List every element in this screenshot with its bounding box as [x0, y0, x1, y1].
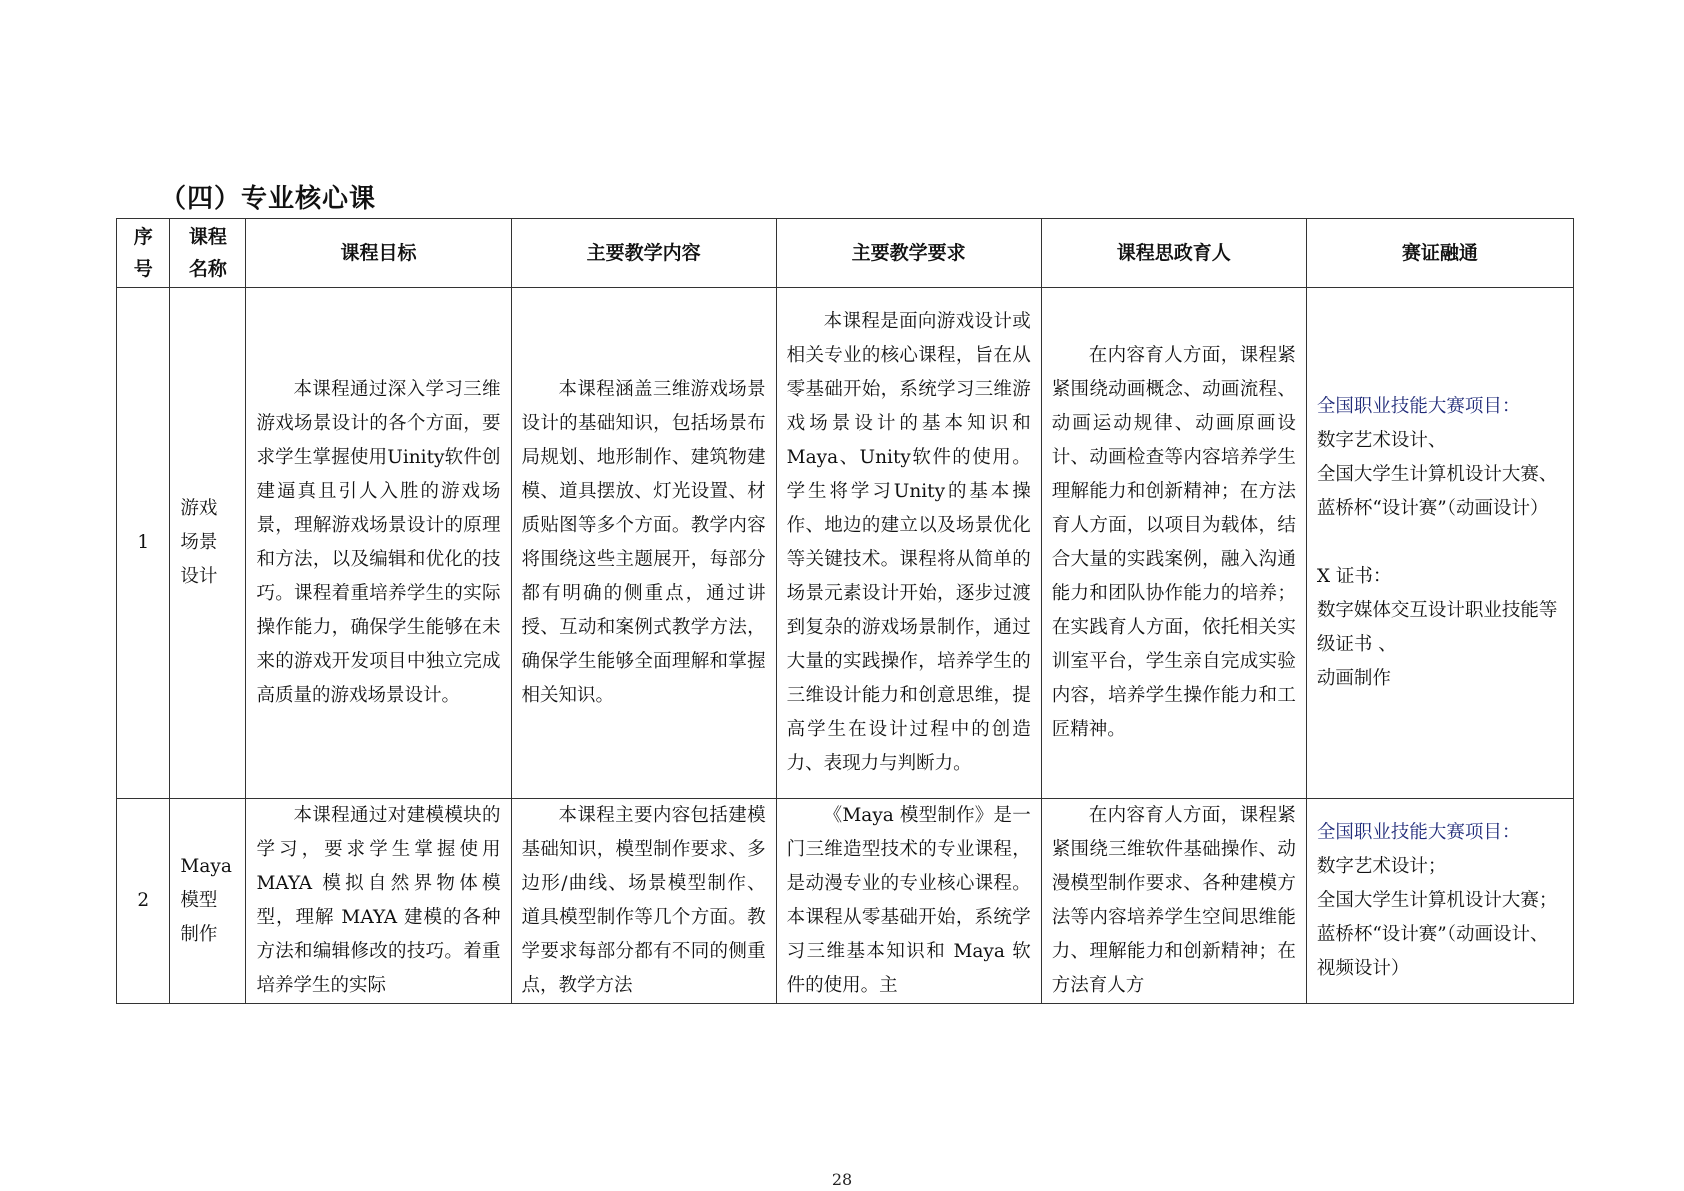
teaching-requirement-text: 本课程是面向游戏设计或相关专业的核心课程，旨在从零基础开始，系统学习三维游戏场景… — [787, 305, 1031, 781]
certificate-item: 动画制作 — [1317, 662, 1563, 696]
header-goal: 课程目标 — [246, 219, 511, 288]
header-content: 主要教学内容 — [511, 219, 776, 288]
core-course-table: 序号 课程名称 课程目标 主要教学内容 主要教学要求 课程思政育人 赛证融通 1… — [116, 218, 1574, 1004]
competition-item: 全国大学生计算机设计大赛、 — [1317, 458, 1563, 492]
teaching-requirement-text: 《Maya 模型制作》是一门三维造型技术的专业课程，是动漫专业的专业核心课程。本… — [787, 799, 1031, 1003]
teaching-content-text: 本课程涵盖三维游戏场景设计的基础知识，包括场景布局规划、地形制作、建筑物建模、道… — [522, 373, 766, 713]
teaching-requirement: 本课程是面向游戏设计或相关专业的核心课程，旨在从零基础开始，系统学习三维游戏场景… — [776, 288, 1041, 799]
course-goal-text: 本课程通过对建模模块的学习，要求学生掌握使用 MAYA 模拟自然界物体模型，理解… — [256, 799, 500, 1003]
table-row: 1 游戏场景设计 本课程通过深入学习三维游戏场景设计的各个方面，要求学生掌握使用… — [117, 288, 1574, 799]
page-number: 28 — [0, 1170, 1684, 1189]
table-header-row: 序号 课程名称 课程目标 主要教学内容 主要教学要求 课程思政育人 赛证融通 — [117, 219, 1574, 288]
course-name: 游戏场景设计 — [170, 288, 246, 799]
competition-item: 数字艺术设计、 — [1317, 424, 1563, 458]
course-goal-text: 本课程通过深入学习三维游戏场景设计的各个方面，要求学生掌握使用Uinity软件创… — [256, 373, 500, 713]
teaching-content: 本课程涵盖三维游戏场景设计的基础知识，包括场景布局规划、地形制作、建筑物建模、道… — [511, 288, 776, 799]
teaching-content: 本课程主要内容包括建模基础知识，模型制作要求、多边形/曲线、场景模型制作、道具模… — [511, 799, 776, 1004]
competition-item: 蓝桥杯“设计赛”（动画设计） — [1317, 492, 1563, 526]
header-index: 序号 — [117, 219, 170, 288]
certification-cell: 全国职业技能大赛项目： 数字艺术设计、 全国大学生计算机设计大赛、 蓝桥杯“设计… — [1306, 288, 1573, 799]
course-goal: 本课程通过深入学习三维游戏场景设计的各个方面，要求学生掌握使用Uinity软件创… — [246, 288, 511, 799]
competition-item: 蓝桥杯“设计赛”（动画设计、视频设计） — [1317, 918, 1563, 986]
header-ideology: 课程思政育人 — [1041, 219, 1306, 288]
header-requirement: 主要教学要求 — [776, 219, 1041, 288]
competition-item: 全国大学生计算机设计大赛； — [1317, 884, 1563, 918]
header-certification: 赛证融通 — [1306, 219, 1573, 288]
competition-item: 数字艺术设计； — [1317, 850, 1563, 884]
teaching-content-text: 本课程主要内容包括建模基础知识，模型制作要求、多边形/曲线、场景模型制作、道具模… — [522, 799, 766, 1003]
certificate-item: 数字媒体交互设计职业技能等级证书 、 — [1317, 594, 1563, 662]
competition-label: 全国职业技能大赛项目： — [1317, 816, 1563, 850]
section-title: （四）专业核心课 — [160, 178, 376, 215]
teaching-requirement: 《Maya 模型制作》是一门三维造型技术的专业课程，是动漫专业的专业核心课程。本… — [776, 799, 1041, 1004]
certificate-label: X 证书： — [1317, 560, 1563, 594]
course-name: Maya模型制作 — [170, 799, 246, 1004]
table-row: 2 Maya模型制作 本课程通过对建模模块的学习，要求学生掌握使用 MAYA 模… — [117, 799, 1574, 1004]
ideology-education: 在内容育人方面，课程紧紧围绕动画概念、动画流程、动画运动规律、动画原画设计、动画… — [1041, 288, 1306, 799]
spacer — [1317, 526, 1563, 560]
ideology-education-text: 在内容育人方面，课程紧紧围绕动画概念、动画流程、动画运动规律、动画原画设计、动画… — [1052, 339, 1296, 747]
ideology-education: 在内容育人方面，课程紧紧围绕三维软件基础操作、动漫模型制作要求、各种建模方法等内… — [1041, 799, 1306, 1004]
header-name: 课程名称 — [170, 219, 246, 288]
row-index: 2 — [117, 799, 170, 1004]
ideology-education-text: 在内容育人方面，课程紧紧围绕三维软件基础操作、动漫模型制作要求、各种建模方法等内… — [1052, 799, 1296, 1003]
competition-label: 全国职业技能大赛项目： — [1317, 390, 1563, 424]
certification-cell: 全国职业技能大赛项目： 数字艺术设计； 全国大学生计算机设计大赛； 蓝桥杯“设计… — [1306, 799, 1573, 1004]
course-goal: 本课程通过对建模模块的学习，要求学生掌握使用 MAYA 模拟自然界物体模型，理解… — [246, 799, 511, 1004]
row-index: 1 — [117, 288, 170, 799]
